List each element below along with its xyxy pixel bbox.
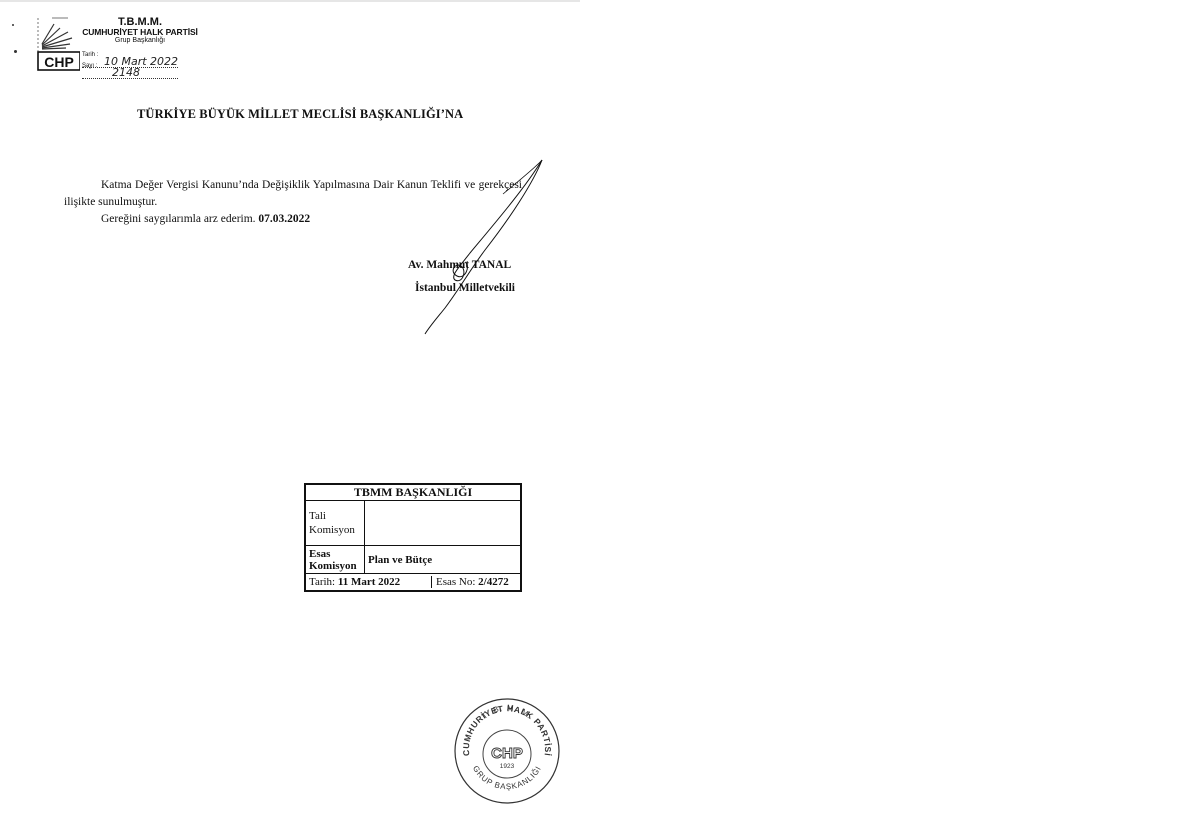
seal-year: 1923: [500, 763, 515, 770]
esas-komisyon-label: EsasKomisyon: [305, 546, 365, 574]
registry-date-value: 11 Mart 2022: [338, 576, 400, 588]
signer-title: İstanbul Milletvekili: [415, 282, 515, 294]
seal-center-text: CHP: [491, 745, 523, 762]
tali-komisyon-label: TaliKomisyon: [305, 501, 365, 546]
closing-date: 07.03.2022: [258, 213, 310, 225]
registry-date-label: Tarih:: [309, 576, 335, 588]
registry-esas-no: Esas No: 2/4272: [432, 576, 520, 588]
header-stamp: CHP T.B.M.M. CUMHURİYET HALK PARTİSİ Gru…: [12, 10, 192, 70]
esas-no-value: 2/4272: [478, 576, 509, 588]
svg-text:CHP: CHP: [44, 54, 74, 70]
registry-date: Tarih: 11 Mart 2022: [306, 576, 432, 588]
signer-name: Av. Mahmut TANAL: [408, 259, 511, 271]
registry-title: TBMM BAŞKANLIĞI: [305, 484, 521, 501]
header-sayi-row: Sayı : 2148: [82, 63, 192, 79]
registry-stamp-table: TBMM BAŞKANLIĞI TaliKomisyon EsasKomisyo…: [304, 483, 522, 592]
addressee-heading: TÜRKİYE BÜYÜK MİLLET MECLİSİ BAŞKANLIĞI’…: [137, 107, 463, 122]
closing-text: Gereğini saygılarımla arz ederim.: [101, 213, 256, 225]
speck: [12, 24, 14, 26]
org-line3: Grup Başkanlığı: [80, 37, 200, 45]
header-org-title: T.B.M.M. CUMHURİYET HALK PARTİSİ Grup Ba…: [80, 16, 200, 45]
sayi-field: 2148: [82, 69, 178, 79]
esas-no-label: Esas No:: [436, 576, 475, 588]
esas-komisyon-value: Plan ve Bütçe: [365, 546, 522, 574]
tali-komisyon-value: [365, 501, 522, 546]
page-edge-line: [0, 0, 580, 2]
closing-paragraph: Gereğini saygılarımla arz ederim. 07.03.…: [101, 213, 310, 225]
speck: [14, 50, 17, 53]
registry-footer: Tarih: 11 Mart 2022 Esas No: 2/4272: [305, 574, 521, 592]
round-official-seal-icon: T. B. M. M. CUMHURİYET HALK PARTİSİ GRUP…: [452, 696, 562, 806]
body-paragraph: Katma Değer Vergisi Kanunu’nda Değişikli…: [64, 177, 522, 211]
org-line2: CUMHURİYET HALK PARTİSİ: [80, 28, 200, 37]
chp-six-arrows-icon: CHP: [24, 14, 80, 72]
sayi-value: 2148: [112, 66, 140, 79]
